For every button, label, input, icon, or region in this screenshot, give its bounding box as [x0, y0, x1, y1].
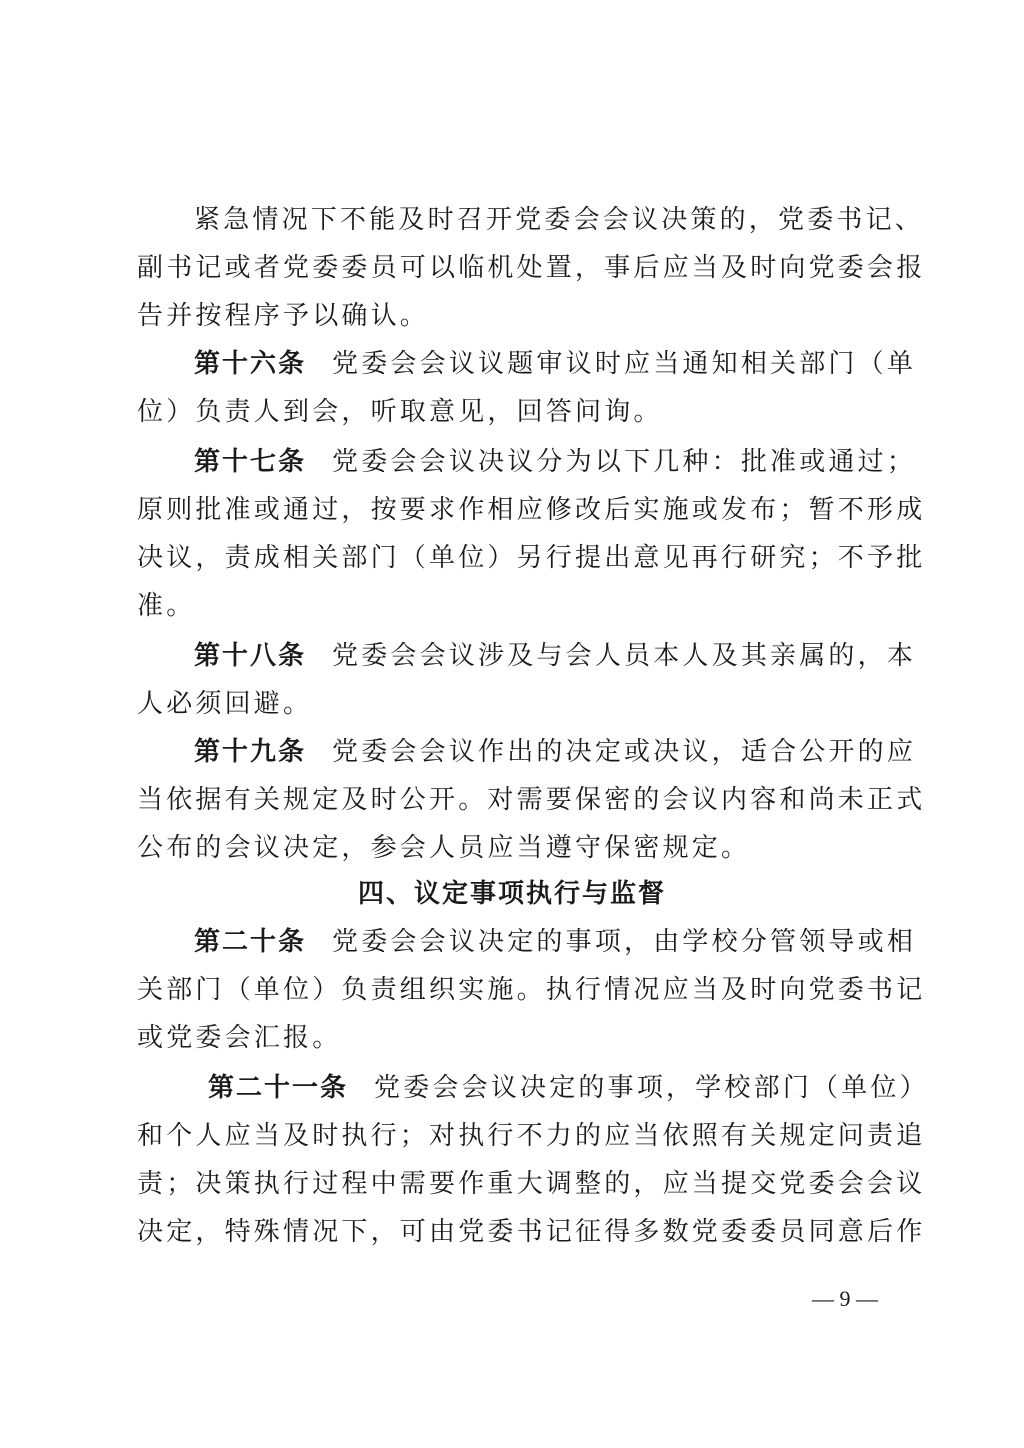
article-number: 第十七条: [194, 447, 306, 477]
article-17-line-4: 准。: [137, 582, 893, 630]
text: 关部门（单位）负责组织实施。执行情况应当及时向党委书记: [137, 975, 925, 1005]
article-17-line-1: 第十七条党委会会议决议分为以下几种：批准或通过；: [194, 438, 893, 486]
text: 当依据有关规定及时公开。对需要保密的会议内容和尚未正式: [137, 785, 925, 815]
text: 或党委会汇报。: [137, 1023, 341, 1053]
article-17-line-2: 原则批准或通过，按要求作相应修改后实施或发布；暂不形成: [137, 486, 893, 534]
article-number: 第十九条: [194, 737, 306, 767]
article-19-line-3: 公布的会议决定，参会人员应当遵守保密规定。: [137, 824, 893, 872]
article-number: 第二十一条: [208, 1073, 348, 1103]
paragraph-continuation-line-1: 紧急情况下不能及时召开党委会会议决策的，党委书记、: [194, 196, 893, 244]
article-number: 第十六条: [194, 349, 306, 379]
text: 党委会会议决定的事项，学校部门（单位）: [374, 1073, 929, 1103]
article-21-line-2: 和个人应当及时执行；对执行不力的应当依照有关规定问责追: [137, 1112, 893, 1160]
text: 党委会会议作出的决定或决议，适合公开的应: [332, 737, 916, 767]
page-number: — 9 —: [800, 1284, 890, 1314]
text: 责；决策执行过程中需要作重大调整的，应当提交党委会会议: [137, 1169, 925, 1199]
text: 决议，责成相关部门（单位）另行提出意见再行研究；不予批: [137, 543, 925, 573]
text: 党委会会议决议分为以下几种：批准或通过；: [332, 447, 916, 477]
article-21-line-3: 责；决策执行过程中需要作重大调整的，应当提交党委会会议: [137, 1160, 893, 1208]
document-page: 紧急情况下不能及时召开党委会会议决策的，党委书记、 副书记或者党委委员可以临机处…: [0, 0, 1024, 1448]
text: 和个人应当及时执行；对执行不力的应当依照有关规定问责追: [137, 1121, 925, 1151]
article-20-line-1: 第二十条党委会会议决定的事项，由学校分管领导或相: [194, 918, 893, 966]
text: 准。: [137, 591, 195, 621]
paragraph-continuation-line-2: 副书记或者党委委员可以临机处置，事后应当及时向党委会报: [137, 244, 893, 292]
text: 党委会会议涉及与会人员本人及其亲属的，本: [332, 641, 916, 671]
text: 人必须回避。: [137, 689, 312, 719]
text: 位）负责人到会，听取意见，回答问询。: [137, 397, 663, 427]
article-20-line-2: 关部门（单位）负责组织实施。执行情况应当及时向党委书记: [137, 966, 893, 1014]
article-19-line-2: 当依据有关规定及时公开。对需要保密的会议内容和尚未正式: [137, 776, 893, 824]
article-19-line-1: 第十九条党委会会议作出的决定或决议，适合公开的应: [194, 728, 893, 776]
text: 告并按程序予以确认。: [137, 301, 429, 331]
text: 原则批准或通过，按要求作相应修改后实施或发布；暂不形成: [137, 495, 925, 525]
article-21-line-4: 决定，特殊情况下，可由党委书记征得多数党委委员同意后作: [137, 1208, 893, 1256]
section-heading: 四、议定事项执行与监督: [0, 870, 1024, 918]
article-20-line-3: 或党委会汇报。: [137, 1014, 893, 1062]
text: 党委会会议议题审议时应当通知相关部门（单: [332, 349, 916, 379]
text: 决定，特殊情况下，可由党委书记征得多数党委委员同意后作: [137, 1217, 925, 1247]
text: 党委会会议决定的事项，由学校分管领导或相: [332, 927, 916, 957]
article-number: 第十八条: [194, 641, 306, 671]
article-17-line-3: 决议，责成相关部门（单位）另行提出意见再行研究；不予批: [137, 534, 893, 582]
article-16-line-2: 位）负责人到会，听取意见，回答问询。: [137, 388, 893, 436]
paragraph-continuation-line-3: 告并按程序予以确认。: [137, 292, 893, 340]
article-21-line-1: 第二十一条党委会会议决定的事项，学校部门（单位）: [208, 1064, 893, 1112]
text: 公布的会议决定，参会人员应当遵守保密规定。: [137, 833, 750, 863]
article-16-line-1: 第十六条党委会会议议题审议时应当通知相关部门（单: [194, 340, 893, 388]
article-number: 第二十条: [194, 927, 306, 957]
article-18-line-1: 第十八条党委会会议涉及与会人员本人及其亲属的，本: [194, 632, 893, 680]
text: 紧急情况下不能及时召开党委会会议决策的，党委书记、: [194, 205, 924, 235]
article-18-line-2: 人必须回避。: [137, 680, 893, 728]
text: 副书记或者党委委员可以临机处置，事后应当及时向党委会报: [137, 253, 925, 283]
